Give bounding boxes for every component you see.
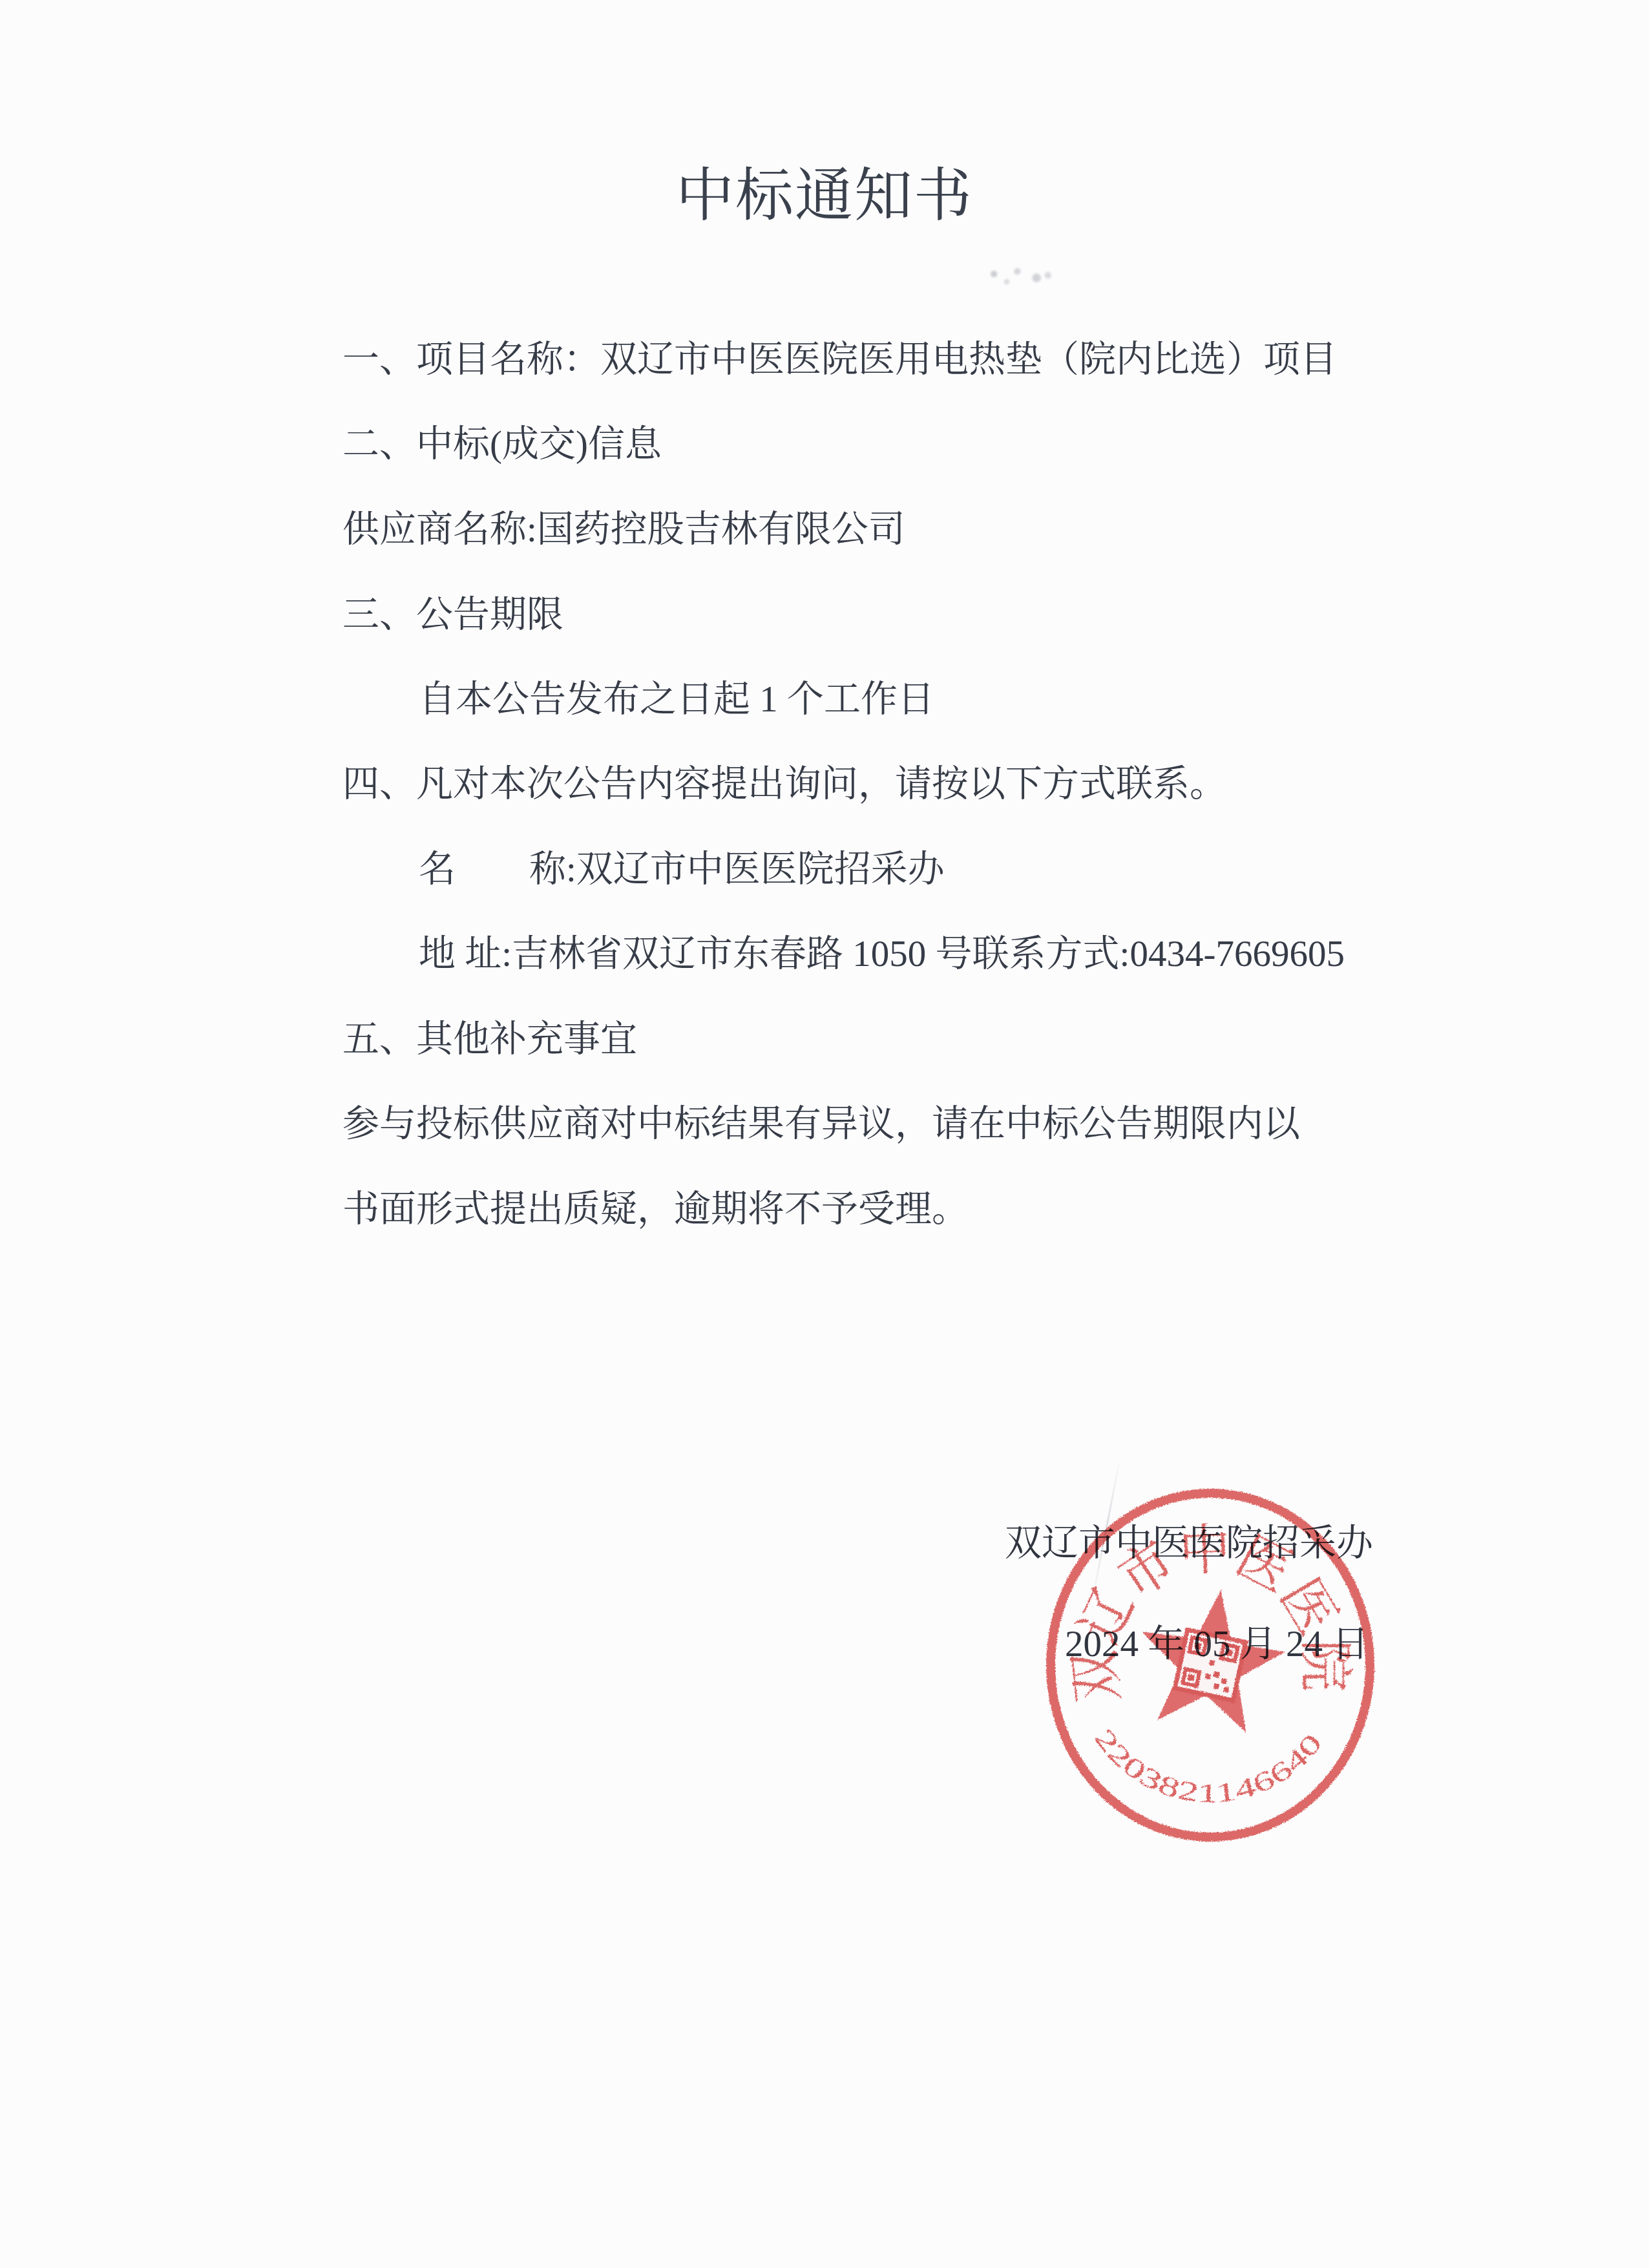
line-contact-address: 地 址:吉林省双辽市东春路 1050 号联系方式:0434-7669605 (419, 933, 1345, 976)
line-notice-period: 三、公告期限 (342, 594, 563, 636)
qr-code-icon (1175, 1630, 1245, 1700)
scanned-notice-page: 中标通知书 一、项目名称：双辽市中医医院医用电热垫（院内比选）项目 二、中标(成… (0, 0, 1649, 2268)
line-award-info: 二、中标(成交)信息 (342, 423, 662, 466)
line-supplier-name: 供应商名称:国药控股吉林有限公司 (342, 509, 905, 551)
line-contact-name: 名 称:双辽市中医医院招采办 (419, 848, 945, 891)
official-seal-stamp: 双辽市中医医院 2203821146640 (1042, 1481, 1378, 1849)
line-period-detail: 自本公告发布之日起 1 个工作日 (419, 678, 934, 721)
line-objection-2: 书面形式提出质疑，逾期将不予受理。 (342, 1188, 969, 1231)
page-title: 中标通知书 (0, 162, 1649, 231)
scan-smudge (985, 264, 1056, 289)
line-objection-1: 参与投标供应商对中标结果有异议，请在中标公告期限内以 (342, 1103, 1300, 1146)
line-inquiry: 四、凡对本次公告内容提出询问，请按以下方式联系。 (342, 763, 1226, 806)
line-supplementary: 五、其他补充事宜 (342, 1018, 637, 1061)
line-project-name: 一、项目名称：双辽市中医医院医用电热垫（院内比选）项目 (342, 339, 1337, 381)
seal-serial-number: 2203821146640 (1088, 1724, 1329, 1809)
